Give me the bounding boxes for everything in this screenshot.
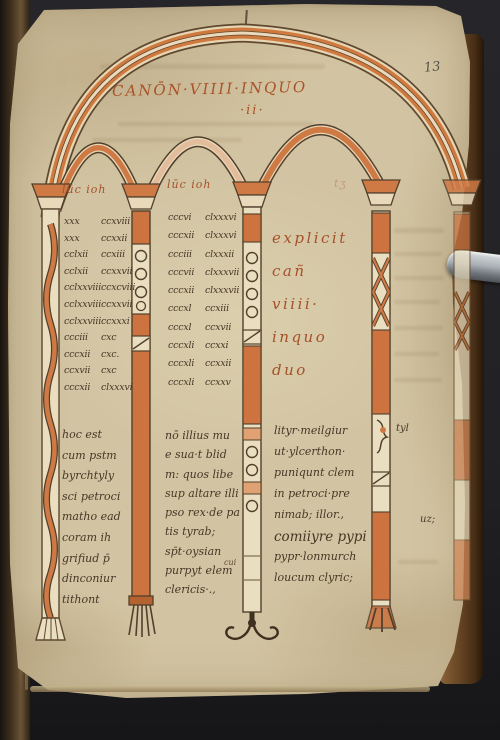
- explicit-line: viiii·: [272, 288, 348, 321]
- table-row: cccxiiclxxxvii: [168, 285, 239, 303]
- table-row: cclxxviiiccxxxi: [64, 316, 135, 333]
- table-row: cccxiiclxxxvi: [64, 382, 135, 399]
- column-header-left: lūc ioh: [62, 183, 107, 196]
- table-row: cccviclxxxvi: [168, 212, 239, 230]
- explicit-line: duo: [272, 354, 348, 387]
- column-header-right-faint: tʒ: [334, 177, 347, 190]
- manumission-text-left: hoc est cum pstm byrchtyly sci petroci m…: [62, 428, 121, 613]
- column-header-middle: lūc ioh: [167, 178, 212, 191]
- table-row: ccciiiclxxxii: [168, 249, 239, 267]
- explicit-line: inquo: [272, 321, 348, 354]
- canon-table-left: xxxccxviii xxxccxxii cclxiiccxiii cclxii…: [64, 216, 135, 399]
- table-row: ccciiicxc: [64, 332, 135, 349]
- table-row: cccxlccxvii: [168, 322, 239, 340]
- canon-title-number: ·ii·: [240, 103, 265, 118]
- table-row: cclxxviiiccxxvii: [64, 299, 135, 316]
- table-row: cclxiiccxiii: [64, 249, 135, 266]
- table-row: cclxiiccxxvii: [64, 266, 135, 283]
- table-row: cccxiicxc.: [64, 349, 135, 366]
- manumission-text-right: lityr·meilgiur ut·ylcerthon· puniqunt cl…: [274, 424, 367, 592]
- table-row: cclxxviiiccxcviii: [64, 282, 135, 299]
- table-row: cccxlccxiii: [168, 303, 239, 321]
- table-row: cccviiclxxxvii: [168, 267, 239, 285]
- table-row: cccxliccxxv: [168, 377, 239, 395]
- canon-table-middle: cccviclxxxvi cccxiiclxxxvi ccciiiclxxxii…: [168, 212, 239, 395]
- table-row: cccxliccxxii: [168, 358, 239, 376]
- explicit-line: explicit: [272, 222, 348, 255]
- page-bottom-edge: [30, 686, 430, 692]
- explicit-line: cañ: [272, 255, 348, 288]
- manuscript-photograph: 13 CANŌN·VIIII·INQUO ·ii· lūc ioh lūc io…: [0, 0, 500, 740]
- table-row: cccxliccxxi: [168, 340, 239, 358]
- margin-fragment: uz;: [420, 514, 435, 525]
- table-row: ccxviicxc: [64, 365, 135, 382]
- table-row: cccxiiclxxxvi: [168, 230, 239, 248]
- folio-number: 13: [423, 59, 441, 76]
- table-row: xxxccxviii: [64, 216, 135, 233]
- manumission-text-middle: nō illius mu e sua·t blid m: quos libe s…: [165, 429, 240, 603]
- interlinear-gloss: cui: [224, 558, 236, 567]
- margin-fragment: tyl: [396, 423, 409, 434]
- explicit-block: explicit cañ viiii· inquo duo: [272, 222, 348, 387]
- table-row: xxxccxxii: [64, 233, 135, 250]
